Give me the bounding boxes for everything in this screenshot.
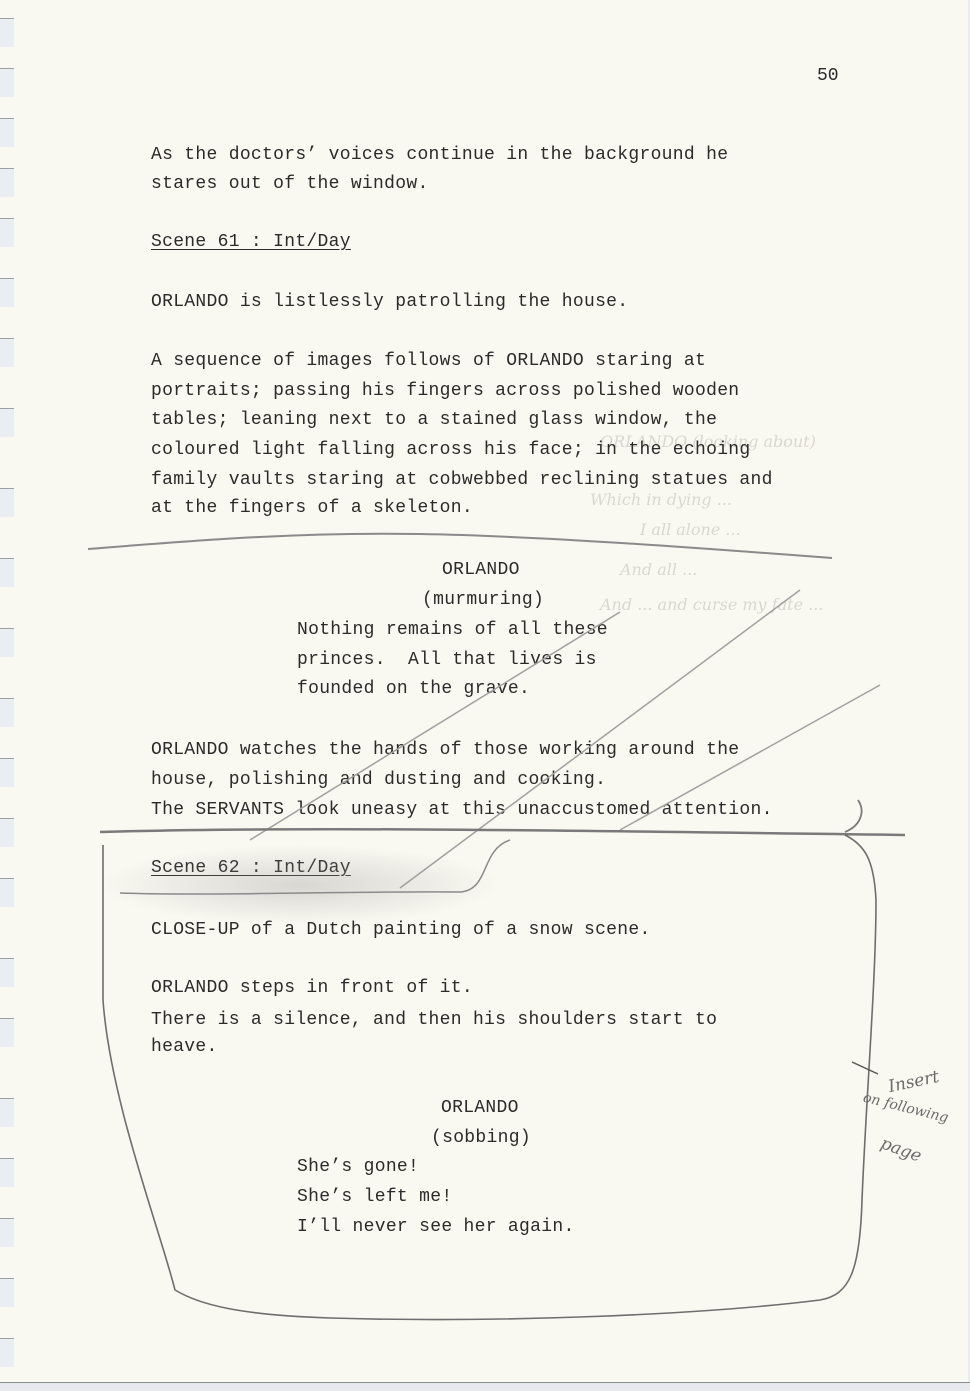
binding-hole	[0, 1338, 14, 1367]
action-line: stares out of the window.	[151, 174, 429, 194]
binding-hole	[0, 698, 14, 727]
dialogue-line: She’s gone!	[297, 1157, 419, 1177]
scene-heading: Scene 62 : Int/Day	[151, 858, 351, 878]
binding-hole	[0, 1158, 14, 1187]
binding-hole	[0, 338, 14, 367]
action-line: As the doctors’ voices continue in the b…	[151, 145, 728, 165]
binding-hole	[0, 408, 14, 437]
binding-hole	[0, 558, 14, 587]
binding-hole	[0, 488, 14, 517]
action-line: ORLANDO is listlessly patrolling the hou…	[151, 292, 628, 312]
parenthetical: (murmuring)	[422, 590, 544, 610]
binding-hole	[0, 758, 14, 787]
dialogue-line: princes. All that lives is	[297, 650, 597, 670]
binding-hole	[0, 628, 14, 657]
show-through-text: Which in dying ...	[590, 490, 732, 509]
dialogue-line: I’ll never see her again.	[297, 1217, 575, 1237]
action-line: house, polishing and dusting and cooking…	[151, 770, 606, 790]
handwritten-note-line: page	[878, 1133, 924, 1166]
handwritten-note-line: Insert	[886, 1067, 940, 1097]
binding-hole	[0, 218, 14, 247]
action-line: coloured light falling across his face; …	[151, 440, 751, 460]
action-line: tables; leaning next to a stained glass …	[151, 410, 717, 430]
binding-hole	[0, 168, 14, 197]
page-edge	[0, 1382, 970, 1391]
binding-hole	[0, 1218, 14, 1247]
binding-hole	[0, 1278, 14, 1307]
action-line: CLOSE-UP of a Dutch painting of a snow s…	[151, 920, 651, 940]
character-name: ORLANDO	[441, 1098, 519, 1118]
binding-hole	[0, 278, 14, 307]
script-page: ORLANDO (looking about) Which in dying .…	[0, 0, 970, 1391]
dialogue-line: Nothing remains of all these	[297, 620, 608, 640]
binding-holes	[0, 0, 20, 1391]
binding-hole	[0, 118, 14, 147]
action-line: There is a silence, and then his shoulde…	[151, 1010, 717, 1030]
action-line: The SERVANTS look uneasy at this unaccus…	[151, 800, 773, 820]
dialogue-line: founded on the grave.	[297, 679, 530, 699]
parenthetical: (sobbing)	[431, 1128, 531, 1148]
show-through-text: And ... and curse my fate ...	[600, 595, 823, 614]
action-line: at the fingers of a skeleton.	[151, 498, 473, 518]
action-line: heave.	[151, 1037, 218, 1057]
action-line: portraits; passing his fingers across po…	[151, 381, 739, 401]
binding-hole	[0, 18, 14, 47]
binding-hole	[0, 878, 14, 907]
binding-hole	[0, 1018, 14, 1047]
binding-hole	[0, 818, 14, 847]
binding-hole	[0, 68, 14, 97]
binding-hole	[0, 1098, 14, 1127]
scene-heading: Scene 61 : Int/Day	[151, 232, 351, 252]
action-line: ORLANDO watches the hands of those worki…	[151, 740, 739, 760]
character-name: ORLANDO	[442, 560, 520, 580]
dialogue-line: She’s left me!	[297, 1187, 452, 1207]
binding-hole	[0, 958, 14, 987]
show-through-text: I all alone ...	[640, 520, 741, 539]
action-line: A sequence of images follows of ORLANDO …	[151, 351, 706, 371]
show-through-text: And all ...	[620, 560, 697, 579]
page-number: 50	[817, 66, 839, 86]
action-line: family vaults staring at cobwebbed recli…	[151, 470, 773, 490]
action-line: ORLANDO steps in front of it.	[151, 978, 473, 998]
